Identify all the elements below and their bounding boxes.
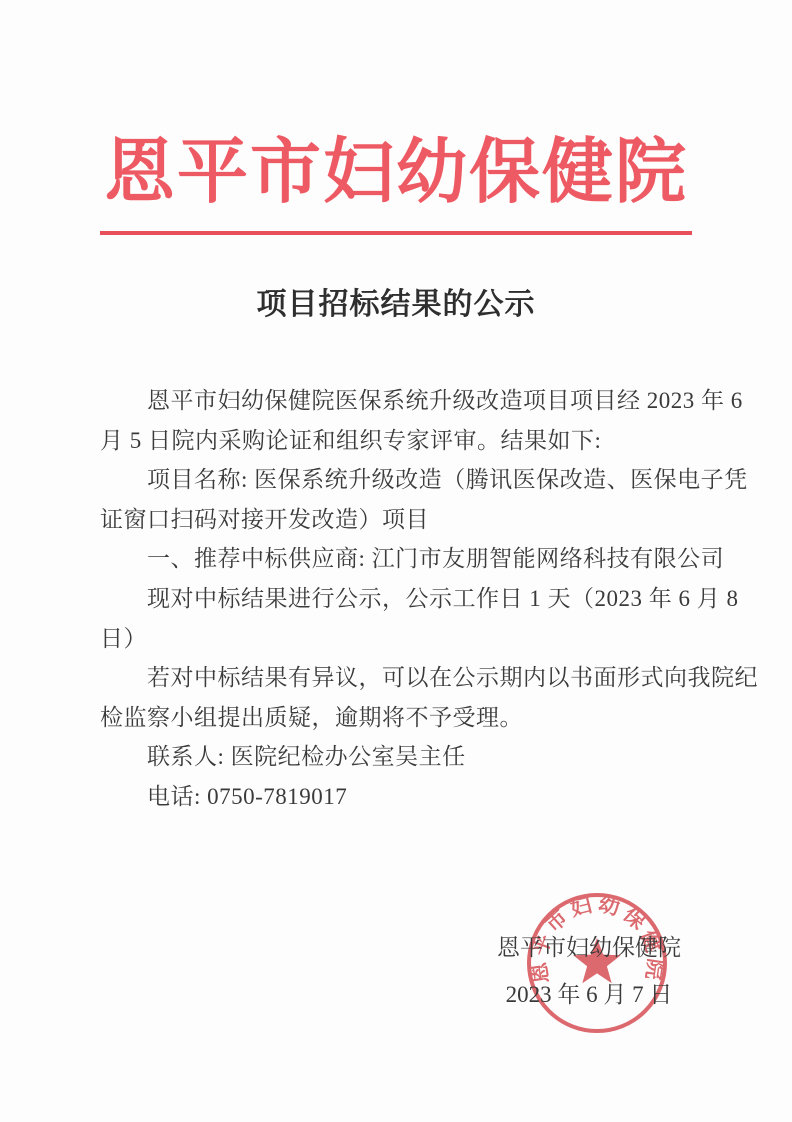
document-page: 恩平市妇幼保健院 项目招标结果的公示 恩平市妇幼保健院医保系统升级改造项目项目经… — [0, 0, 792, 1122]
hospital-letterhead: 恩平市妇幼保健院 — [0, 136, 792, 210]
body-line: 一、推荐中标供应商: 江门市友朋智能网络科技有限公司 — [100, 539, 710, 579]
signature-date: 2023 年 6 月 7 日 — [474, 971, 704, 1018]
document-title: 项目招标结果的公示 — [0, 287, 792, 323]
body-line: 电话: 0750-7819017 — [100, 777, 710, 817]
body-line: 检监察小组提出质疑，逾期将不予受理。 — [100, 698, 710, 738]
body-line: 月 5 日院内采购论证和组织专家评审。结果如下: — [100, 421, 710, 461]
body-line: 恩平市妇幼保健院医保系统升级改造项目项目经 2023 年 6 — [100, 381, 710, 421]
document-body: 恩平市妇幼保健院医保系统升级改造项目项目经 2023 年 6 月 5 日院内采购… — [100, 381, 710, 817]
signature-hospital-name: 恩平市妇幼保健院 — [474, 924, 704, 971]
body-line: 日） — [100, 619, 710, 659]
body-line: 现对中标结果进行公示，公示工作日 1 天（2023 年 6 月 8 — [100, 579, 710, 619]
body-line: 联系人: 医院纪检办公室吴主任 — [100, 737, 710, 777]
body-line: 若对中标结果有异议，可以在公示期内以书面形式向我院纪 — [100, 658, 710, 698]
letterhead-divider-line — [100, 231, 692, 235]
body-line: 项目名称: 医保系统升级改造（腾讯医保改造、医保电子凭 — [100, 460, 710, 500]
signature-block: 恩平市妇幼保健院 2023 年 6 月 7 日 — [474, 924, 704, 1018]
body-line: 证窗口扫码对接开发改造）项目 — [100, 500, 710, 540]
